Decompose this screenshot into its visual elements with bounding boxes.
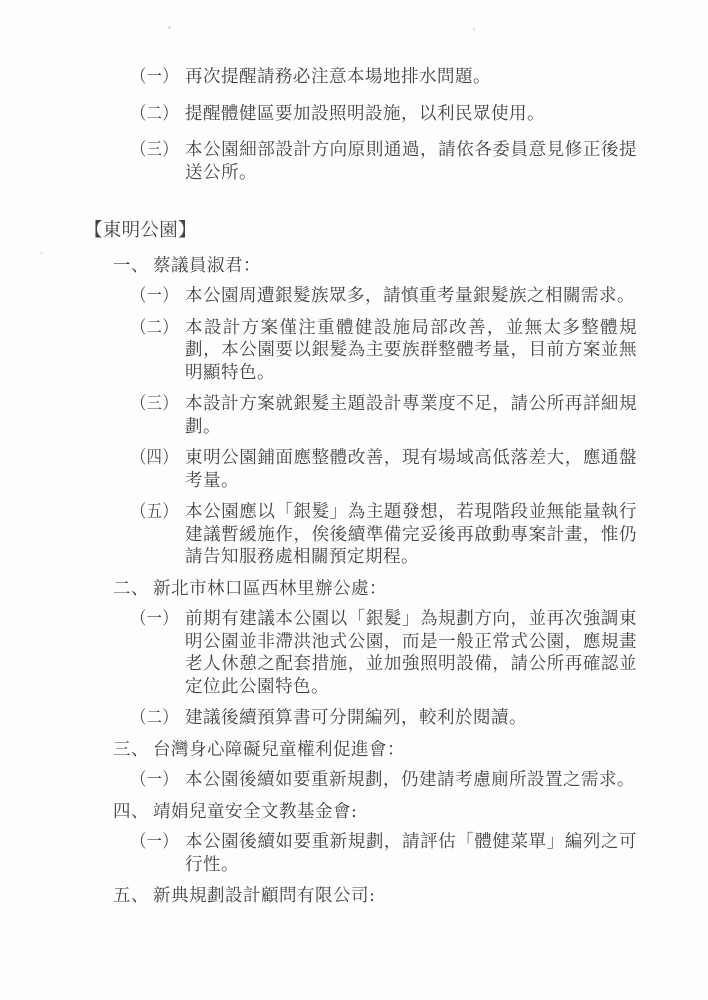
item-text: 本公園應以「銀髮」為主題發想，若現階段並無能量執行建議暫緩施作，俟後續準備完妥後…: [185, 501, 637, 569]
item-text: 本公園周遭銀髮族眾多，請慎重考量銀髮族之相關需求。: [185, 285, 637, 308]
list-item: （一） 本公園後續如要重新規劃，仍建請考慮廁所設置之需求。: [0, 769, 708, 792]
section-title: 二、 新北市林口區西林里辦公處：: [0, 578, 708, 601]
section-title-text: 靖娟兒童安全文教基金會:: [153, 801, 357, 824]
item-number-label: （三）: [131, 393, 178, 438]
item-text: 本公園細部設計方向原則通過，請依各委員意見修正後提送公所。: [185, 139, 637, 184]
item-text: 本公園後續如要重新規劃，仍建請考慮廁所設置之需求。: [185, 769, 637, 792]
item-text: 前期有建議本公園以「銀髮」為規劃方向，並再次強調東明公園並非滯洪池式公園，而是一…: [185, 608, 637, 698]
section-number-label: 三、: [113, 739, 153, 762]
list-item: （二） 建議後續預算書可分開編列，較利於閱讀。: [0, 707, 708, 730]
document-content: （一） 再次提醒請務必注意本場地排水問題。 （二） 提醒體健區要加設照明設施，以…: [0, 66, 708, 916]
scanned-document-page: （一） 再次提醒請務必注意本場地排水問題。 （二） 提醒體健區要加設照明設施，以…: [0, 0, 708, 1000]
section-1: 一、 蔡議員淑君： （一） 本公園周遭銀髮族眾多，請慎重考量銀髮族之相關需求。 …: [0, 255, 708, 569]
section-2: 二、 新北市林口區西林里辦公處： （一） 前期有建議本公園以「銀髮」為規劃方向，…: [0, 578, 708, 730]
item-number-label: （一）: [131, 608, 178, 698]
item-number-label: （一）: [131, 769, 178, 792]
intro-item-list: （一） 再次提醒請務必注意本場地排水問題。 （二） 提醒體健區要加設照明設施，以…: [0, 66, 708, 184]
section-title: 四、 靖娟兒童安全文教基金會:: [0, 801, 708, 824]
item-number-label: （一）: [131, 285, 178, 308]
section-number-label: 一、: [113, 255, 153, 278]
section-title-text: 新典規劃設計顧問有限公司:: [153, 885, 375, 908]
section-title-text: 台灣身心障礙兒童權利促進會：: [153, 739, 405, 762]
list-item: （一） 前期有建議本公園以「銀髮」為規劃方向，並再次強調東明公園並非滯洪池式公園…: [0, 608, 708, 698]
list-item: （一） 本公園後續如要重新規劃，請評估「體健菜單」編列之可行性。: [0, 831, 708, 876]
section-title-text: 蔡議員淑君：: [153, 255, 261, 278]
item-text: 本設計方案僅注重體健設施局部改善，並無太多整體規劃，本公園要以銀髮為主要族群整體…: [185, 317, 637, 385]
item-text: 提醒體健區要加設照明設施，以利民眾使用。: [185, 103, 637, 126]
section-title: 五、 新典規劃設計顧問有限公司:: [0, 885, 708, 908]
section-3: 三、 台灣身心障礙兒童權利促進會： （一） 本公園後續如要重新規劃，仍建請考慮廁…: [0, 739, 708, 792]
list-item: （四） 東明公園鋪面應整體改善，現有場域高低落差大，應通盤考量。: [0, 447, 708, 492]
item-number-label: （三）: [131, 139, 178, 184]
item-number-label: （五）: [131, 501, 178, 569]
section-number-label: 四、: [113, 801, 153, 824]
item-text: 建議後續預算書可分開編列，較利於閱讀。: [185, 707, 637, 730]
item-number-label: （四）: [131, 447, 178, 492]
item-text: 本公園後續如要重新規劃，請評估「體健菜單」編列之可行性。: [185, 831, 637, 876]
list-item: （三） 本公園細部設計方向原則通過，請依各委員意見修正後提送公所。: [0, 139, 708, 184]
list-item: （二） 提醒體健區要加設照明設施，以利民眾使用。: [0, 103, 708, 126]
scan-speck: [168, 26, 171, 29]
section-number-label: 二、: [113, 578, 153, 601]
list-item: （五） 本公園應以「銀髮」為主題發想，若現階段並無能量執行建議暫緩施作，俟後續準…: [0, 501, 708, 569]
park-section-header: 【東明公園】: [84, 220, 708, 243]
list-item: （一） 再次提醒請務必注意本場地排水問題。: [0, 66, 708, 89]
item-number-label: （二）: [131, 317, 178, 385]
section-4: 四、 靖娟兒童安全文教基金會: （一） 本公園後續如要重新規劃，請評估「體健菜單…: [0, 801, 708, 877]
section-title: 一、 蔡議員淑君：: [0, 255, 708, 278]
section-title-text: 新北市林口區西林里辦公處：: [153, 578, 387, 601]
section-number-label: 五、: [113, 885, 153, 908]
item-text: 再次提醒請務必注意本場地排水問題。: [185, 66, 637, 89]
item-number-label: （一）: [131, 66, 178, 89]
item-number-label: （二）: [131, 707, 178, 730]
item-text: 本設計方案就銀髮主題設計專業度不足，請公所再詳細規劃。: [185, 393, 637, 438]
item-number-label: （二）: [131, 103, 178, 126]
section-title: 三、 台灣身心障礙兒童權利促進會：: [0, 739, 708, 762]
scan-speck: [473, 28, 475, 31]
list-item: （三） 本設計方案就銀髮主題設計專業度不足，請公所再詳細規劃。: [0, 393, 708, 438]
item-number-label: （一）: [131, 831, 178, 876]
list-item: （一） 本公園周遭銀髮族眾多，請慎重考量銀髮族之相關需求。: [0, 285, 708, 308]
item-text: 東明公園鋪面應整體改善，現有場域高低落差大，應通盤考量。: [185, 447, 637, 492]
list-item: （二） 本設計方案僅注重體健設施局部改善，並無太多整體規劃，本公園要以銀髮為主要…: [0, 317, 708, 385]
section-5: 五、 新典規劃設計顧問有限公司:: [0, 885, 708, 908]
